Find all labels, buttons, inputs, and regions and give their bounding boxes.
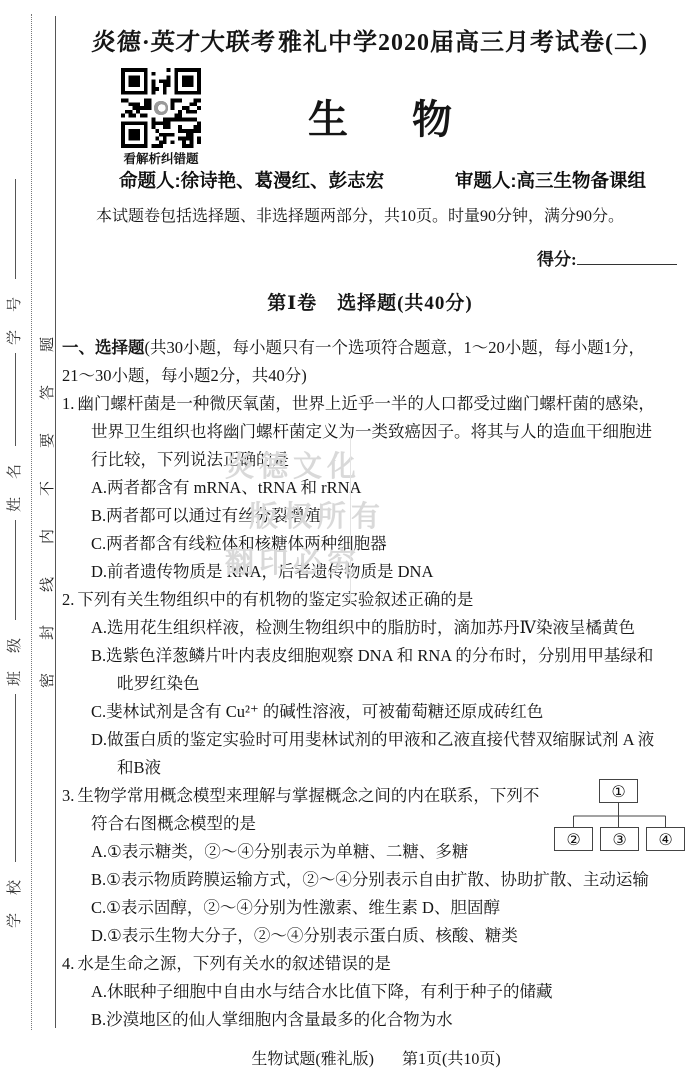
qr-code [121, 68, 201, 148]
section-title: 第Ⅰ卷 选择题(共40分) [70, 288, 670, 315]
exam-instructions: 本试题卷包括选择题、非选择题两部分，共10页。时量90分钟，满分90分。 [96, 203, 656, 226]
paper-title-rest: 雅礼中学2020届高三月考试卷(二) [278, 30, 648, 56]
question-stem: 4.水是生命之源，下列有关水的叙述错误的是 [62, 950, 658, 978]
blank-line [14, 520, 16, 620]
node-3: ③ [612, 830, 626, 849]
question-number: 3. [62, 786, 77, 805]
binding-margin-fields: 学校班级姓名学号 [3, 88, 24, 928]
question-text: 下列有关生物组织中的有机物的鉴定实验叙述正确的是 [77, 590, 473, 609]
watermark-line1: 炎德文化 [225, 444, 361, 485]
reviewer-names: 审题人:高三生物备课组 [455, 167, 646, 193]
subject-title: 生物 [308, 88, 516, 145]
school-field-label: 学校 [7, 862, 23, 928]
watermark-line3: 翻印必究 [225, 540, 361, 581]
watermark-line2: 版权所有 [249, 494, 385, 535]
score-blank-line [577, 250, 677, 265]
class-field-label: 班级 [7, 620, 23, 686]
blank-line [14, 179, 16, 279]
option-a: A.选用花生组织样液，检测生物组织中的脂肪时，滴加苏丹Ⅳ染液呈橘黄色 [62, 614, 658, 642]
question-number: 1. [62, 394, 77, 413]
question-area: 一、选择题(共30小题，每小题只有一个选项符合题意，1～20小题，每小题1分，2… [62, 334, 658, 1034]
option-c: C.斐林试剂是含有 Cu²⁺ 的碱性溶液，可被葡萄糖还原成砖红色 [62, 698, 658, 726]
option-b: B.①表示物质跨膜运输方式，②～④分别表示自由扩散、协助扩散、主动运输 [62, 866, 658, 894]
blank-line [14, 353, 16, 446]
setter-names: 命题人:徐诗艳、葛漫红、彭志宏 [119, 167, 384, 193]
concept-model-diagram: ① ② ③ ④ [552, 776, 692, 854]
option-d: D.①表示生物大分子，②～④分别表示蛋白质、核酸、糖类 [62, 922, 658, 950]
score-field: 得分: [537, 245, 677, 270]
question-stem: 2.下列有关生物组织中的有机物的鉴定实验叙述正确的是 [62, 586, 658, 614]
section-intro-label: 一、选择题 [62, 338, 145, 357]
question-number: 2. [62, 590, 77, 609]
exam-paper-page: 学校班级姓名学号 密封线内不要答题 炎德·英才大联考雅礼中学2020届高三月考试… [0, 0, 700, 1084]
question-text: 生物学常用概念模型来理解与掌握概念之间的内在联系，下列不符合右图概念模型的是 [77, 786, 539, 833]
option-b: B.选紫色洋葱鳞片叶内表皮细胞观察 DNA 和 RNA 的分布时，分别用甲基绿和… [62, 642, 658, 698]
question-text: 水是生命之源，下列有关水的叙述错误的是 [77, 954, 391, 973]
score-label: 得分: [537, 250, 577, 269]
scan-crease-line [350, 428, 351, 603]
section-intro: 一、选择题(共30小题，每小题只有一个选项符合题意，1～20小题，每小题1分，2… [62, 334, 658, 390]
node-2: ② [566, 830, 580, 849]
question-number: 4. [62, 954, 77, 973]
seal-dotted-line [31, 14, 32, 1030]
student-id-field-label: 学号 [7, 279, 23, 345]
node-4: ④ [658, 830, 672, 849]
page-footer: 生物试题(雅礼版) 第1页(共10页) [66, 1046, 686, 1069]
option-a: A.休眠种子细胞中自由水与结合水比值下降，有利于种子的储藏 [62, 978, 658, 1006]
question-2: 2.下列有关生物组织中的有机物的鉴定实验叙述正确的是 A.选用花生组织样液，检测… [62, 586, 658, 782]
option-b: B.沙漠地区的仙人掌细胞内含量最多的化合物为水 [62, 1006, 658, 1034]
node-1: ① [611, 782, 625, 801]
qr-caption: 看解析纠错题 [116, 149, 206, 167]
question-stem: 3.生物学常用概念模型来理解与掌握概念之间的内在联系，下列不符合右图概念模型的是 [62, 782, 546, 838]
question-4: 4.水是生命之源，下列有关水的叙述错误的是 A.休眠种子细胞中自由水与结合水比值… [62, 950, 658, 1034]
name-field-label: 姓名 [7, 446, 23, 512]
question-text: 幽门螺杆菌是一种微厌氧菌，世界上近乎一半的人口都受过幽门螺杆菌的感染，世界卫生组… [77, 394, 655, 469]
seal-text: 密封线内不要答题 [36, 288, 57, 688]
paper-title: 炎德·英才大联考雅礼中学2020届高三月考试卷(二) [70, 22, 670, 57]
blank-line [14, 694, 16, 862]
option-c: C.①表示固醇，②～④分别为性激素、维生素 D、胆固醇 [62, 894, 658, 922]
option-d: D.做蛋白质的鉴定实验时可用斐林试剂的甲液和乙液直接代替双缩脲试剂 A 液和B液 [62, 726, 658, 782]
footer-paper-name: 生物试题(雅礼版) [251, 1051, 374, 1068]
section-intro-text: (共30小题，每小题只有一个选项符合题意，1～20小题，每小题1分，21～30小… [62, 338, 645, 385]
setters-row: 命题人:徐诗艳、葛漫红、彭志宏 审题人:高三生物备课组 [119, 167, 646, 193]
brand-name: 炎德·英才大联考 [91, 22, 277, 57]
footer-page-number: 第1页(共10页) [402, 1051, 501, 1068]
